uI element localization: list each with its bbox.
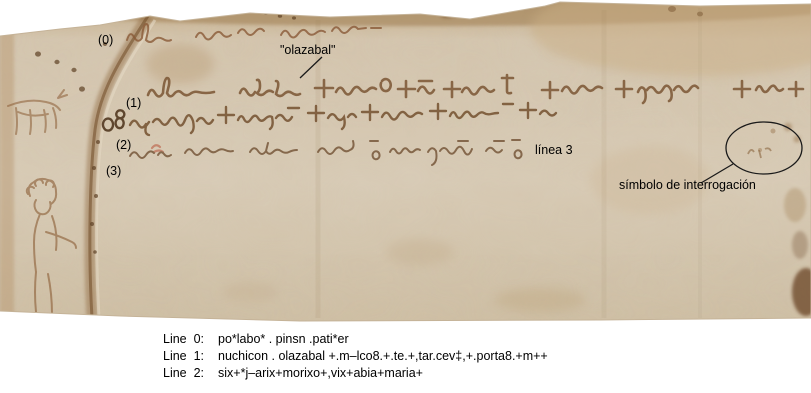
- linea3-label: línea 3: [535, 143, 573, 157]
- marker-line3: (3): [106, 164, 121, 178]
- figure-annotated-manuscript: (0) (1) (2) (3) "olazabal" línea 3 símbo…: [0, 0, 811, 393]
- transcription-row-1: Line 1: nuchicon . olazabal +.m–lco8.+.t…: [163, 348, 548, 365]
- transcription-block: Line 0: po*labo* . pinsn .pati*er Line 1…: [163, 331, 548, 382]
- manuscript-photo: [0, 0, 811, 330]
- parchment-sheet: [0, 0, 811, 330]
- olazabal-label: "olazabal": [280, 43, 335, 57]
- transcription-row-2: Line 2: six+*j–arix+morixo+,vix+abia+mar…: [163, 365, 548, 382]
- transcription-row-0: Line 0: po*labo* . pinsn .pati*er: [163, 331, 548, 348]
- marker-line0: (0): [98, 33, 113, 47]
- marker-line2: (2): [116, 138, 131, 152]
- transcription-row-text: po*labo* . pinsn .pati*er: [218, 331, 349, 348]
- marker-line1: (1): [126, 96, 141, 110]
- transcription-row-label: Line 0:: [163, 331, 218, 348]
- transcription-row-label: Line 2:: [163, 365, 218, 382]
- transcription-row-label: Line 1:: [163, 348, 218, 365]
- transcription-row-text: nuchicon . olazabal +.m–lco8.+.te.+,tar.…: [218, 348, 548, 365]
- transcription-row-text: six+*j–arix+morixo+,vix+abia+maria+: [218, 365, 423, 382]
- interrogation-label: símbolo de interrogación: [619, 178, 756, 192]
